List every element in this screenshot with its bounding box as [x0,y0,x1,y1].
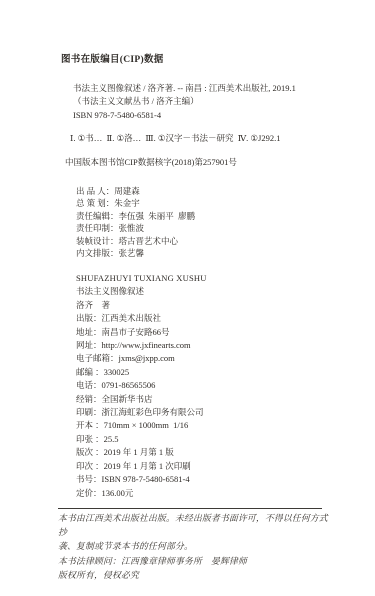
staff-label: 责任编辑： [76,211,119,221]
legal-line: 本书由江西美术出版社出版。未经出版者书面许可，不得以任何方式抄 [58,511,330,539]
publication-row: 电子邮箱：jxms@jxpp.com [76,352,207,365]
publication-value: 136.00元 [102,488,134,498]
legal-line: 袭、复制或节录本书的任何部分。 [58,539,330,553]
publication-row: 印刷：浙江海虹彩色印务有限公司 [76,406,207,419]
legal-notice: 本书由江西美术出版社出版。未经出版者书面许可，不得以任何方式抄 袭、复制或节录本… [58,511,330,582]
publication-row: 地址：南昌市子安路66号 [76,326,207,339]
legal-line: 本书法律顾问：江西豫章律师事务所 晏辉律师 [58,554,330,568]
publication-block: SHUFAZHUYI TUXIANG XUSHU 书法主义图像叙述 洛齐 著 出… [76,272,207,500]
copyright-page: 图书在版编目(CIP)数据 书法主义图像叙述 / 洛齐著. -- 南昌 : 江西… [0,0,375,596]
publication-label: 经销： [76,394,102,404]
publication-row: 定价：136.00元 [76,487,207,500]
staff-label: 责任印制： [76,223,119,233]
staff-value: 朱金宇 [114,198,140,208]
cip-entry-line: ISBN 978-7-5480-6581-4 [73,109,333,122]
publication-label: 印张 ： [76,434,104,444]
publication-value: 浙江海虹彩色印务有限公司 [102,407,204,417]
publication-value: 710mm × 1000mm 1/16 [104,420,189,430]
publication-label: 出版： [76,313,102,323]
legal-line: 版权所有，侵权必究 [58,568,330,582]
publication-row: 经销：全国新华书店 [76,393,207,406]
publication-label: 开本 ： [76,420,104,430]
divider-rule [58,508,322,509]
publication-value: 南昌市子安路66号 [102,327,170,337]
publication-value: 330025 [104,367,130,377]
publication-row: 印张 ：25.5 [76,433,207,446]
staff-value: 周建森 [114,186,140,196]
staff-value: 张惟波 [119,223,145,233]
staff-row: 责任编辑：李伍强 朱丽平 廖鹏 [76,210,195,222]
publication-value: http://www.jxfinearts.com [102,340,191,350]
cip-classification: Ⅰ. ①书… Ⅱ. ①洛… Ⅲ. ①汉字－书法－研究 Ⅳ. ①J292.1 [70,132,281,144]
publication-row: 网址：http://www.jxfinearts.com [76,339,207,352]
publication-label: 网址： [76,340,102,350]
publication-label: 定价： [76,488,102,498]
publication-label: 地址： [76,327,102,337]
cip-entry: 书法主义图像叙述 / 洛齐著. -- 南昌 : 江西美术出版社, 2019.1 … [73,82,333,122]
staff-value: 张艺馨 [119,248,145,258]
publication-label: 电话： [76,380,102,390]
publication-value: ISBN 978-7-5480-6581-4 [102,474,190,484]
pinyin-title: SHUFAZHUYI TUXIANG XUSHU [76,272,207,285]
cip-entry-line: （书法主义文献丛书 / 洛齐主编） [73,95,333,108]
publication-row: 版次 ：2019 年 1 月第 1 版 [76,446,207,459]
author-line: 洛齐 著 [76,299,207,312]
publication-value: 2019 年 1 月第 1 版 [104,447,174,457]
publication-value: 2019 年 1 月第 1 次印刷 [104,461,191,471]
staff-label: 出 品 人： [76,186,114,196]
publication-value: 0791-86565506 [102,380,156,390]
cip-header: 图书在版编目(CIP)数据 [61,51,164,65]
publication-label: 电子邮箱： [76,353,119,363]
publication-label: 印次 ： [76,461,104,471]
publication-list: 出版：江西美术出版社 地址：南昌市子安路66号 网址：http://www.jx… [76,312,207,500]
publication-value: 全国新华书店 [102,394,153,404]
staff-list: 出 品 人：周建森 总 策 划：朱金宇 责任编辑：李伍强 朱丽平 廖鹏 责任印制… [76,185,195,259]
publication-row: 邮编 ：330025 [76,366,207,379]
publication-row: 电话：0791-86565506 [76,379,207,392]
book-title: 书法主义图像叙述 [76,285,207,298]
staff-value: 塔古晋艺术中心 [119,236,179,246]
publication-value: 江西美术出版社 [102,313,162,323]
publication-row: 开本 ：710mm × 1000mm 1/16 [76,419,207,432]
staff-label: 内文排版： [76,248,119,258]
publication-label: 书号： [76,474,102,484]
staff-row: 总 策 划：朱金宇 [76,197,195,209]
publication-row: 出版：江西美术出版社 [76,312,207,325]
staff-row: 出 品 人：周建森 [76,185,195,197]
cip-entry-line: 书法主义图像叙述 / 洛齐著. -- 南昌 : 江西美术出版社, 2019.1 [73,82,333,95]
publication-value: jxms@jxpp.com [119,353,175,363]
publication-row: 书号：ISBN 978-7-5480-6581-4 [76,473,207,486]
cip-record-number: 中国版本图书馆CIP数据核字(2018)第257901号 [65,156,237,168]
staff-value: 李伍强 朱丽平 廖鹏 [119,211,196,221]
publication-label: 版次 ： [76,447,104,457]
publication-row: 印次 ：2019 年 1 月第 1 次印刷 [76,460,207,473]
publication-value: 25.5 [104,434,119,444]
staff-row: 责任印制：张惟波 [76,222,195,234]
publication-label: 邮编 ： [76,367,104,377]
publication-label: 印刷： [76,407,102,417]
staff-label: 装帧设计： [76,236,119,246]
staff-label: 总 策 划： [76,198,114,208]
staff-row: 内文排版：张艺馨 [76,247,195,259]
staff-row: 装帧设计：塔古晋艺术中心 [76,235,195,247]
